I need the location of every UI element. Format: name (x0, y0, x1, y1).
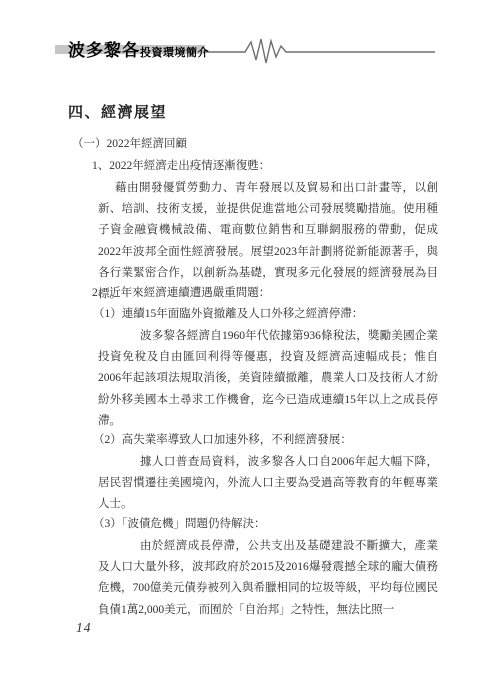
subitem-2-paragraph: 據人口普查局資料，波多黎各人口自2006年起大幅下降，居民習慣遷往美國境內，外流… (98, 452, 438, 516)
item-1-title: 1、2022年經濟走出疫情逐漸復甦： (92, 157, 270, 173)
document-page: 波多黎各投資環境簡介 四、經濟展望 （一）2022年經濟回顧 1、2022年經濟… (0, 0, 480, 679)
booklet-title-sub: 投資環境簡介 (140, 47, 209, 59)
subitem-1-paragraph: 波多黎各經濟自1960年代依據第936條稅法，獎勵美國企業投資免稅及自由匯回利得… (98, 326, 438, 432)
subitem-1-marker: （1） (93, 308, 122, 320)
item-2-title-text: 近年來經濟連續遭遇嚴重問題： (109, 287, 270, 299)
booklet-title: 波多黎各投資環境簡介 (68, 36, 209, 61)
subitem-2-title: （2）高失業率導致人口加速外移，不利經濟發展： (93, 431, 352, 447)
item-2-marker: 2、 (92, 287, 109, 299)
subitem-3-paragraph: 由於經濟成長停滯，公共支出及基礎建設不斷擴大，產業及人口大量外移，波邦政府於20… (98, 536, 438, 621)
subitem-3-title-text: 「波債危機」問題仍待解決： (122, 518, 266, 530)
booklet-title-main: 波多黎各 (68, 41, 140, 60)
item-1-marker: 1、 (92, 160, 109, 172)
subitem-1-title-text: 連續15年面臨外資撤離及人口外移之經濟停滯： (122, 308, 364, 320)
subsection-label: （一）2022年經濟回顧 (72, 135, 187, 151)
page-number: 14 (76, 620, 92, 636)
item-2-title: 2、近年來經濟連續遭遇嚴重問題： (92, 284, 270, 300)
subitem-2-marker: （2） (93, 434, 122, 446)
item-1-title-text: 2022年經濟走出疫情逐漸復甦： (109, 160, 270, 172)
subitem-3-title: （3）「波債危機」問題仍待解決： (93, 515, 266, 531)
heartbeat-pulse-icon (203, 37, 435, 67)
section-heading: 四、經濟展望 (68, 101, 167, 122)
subitem-1-title: （1）連續15年面臨外資撤離及人口外移之經濟停滯： (93, 305, 363, 321)
subitem-3-marker: （3） (93, 518, 122, 530)
subitem-2-title-text: 高失業率導致人口加速外移，不利經濟發展： (122, 434, 352, 446)
